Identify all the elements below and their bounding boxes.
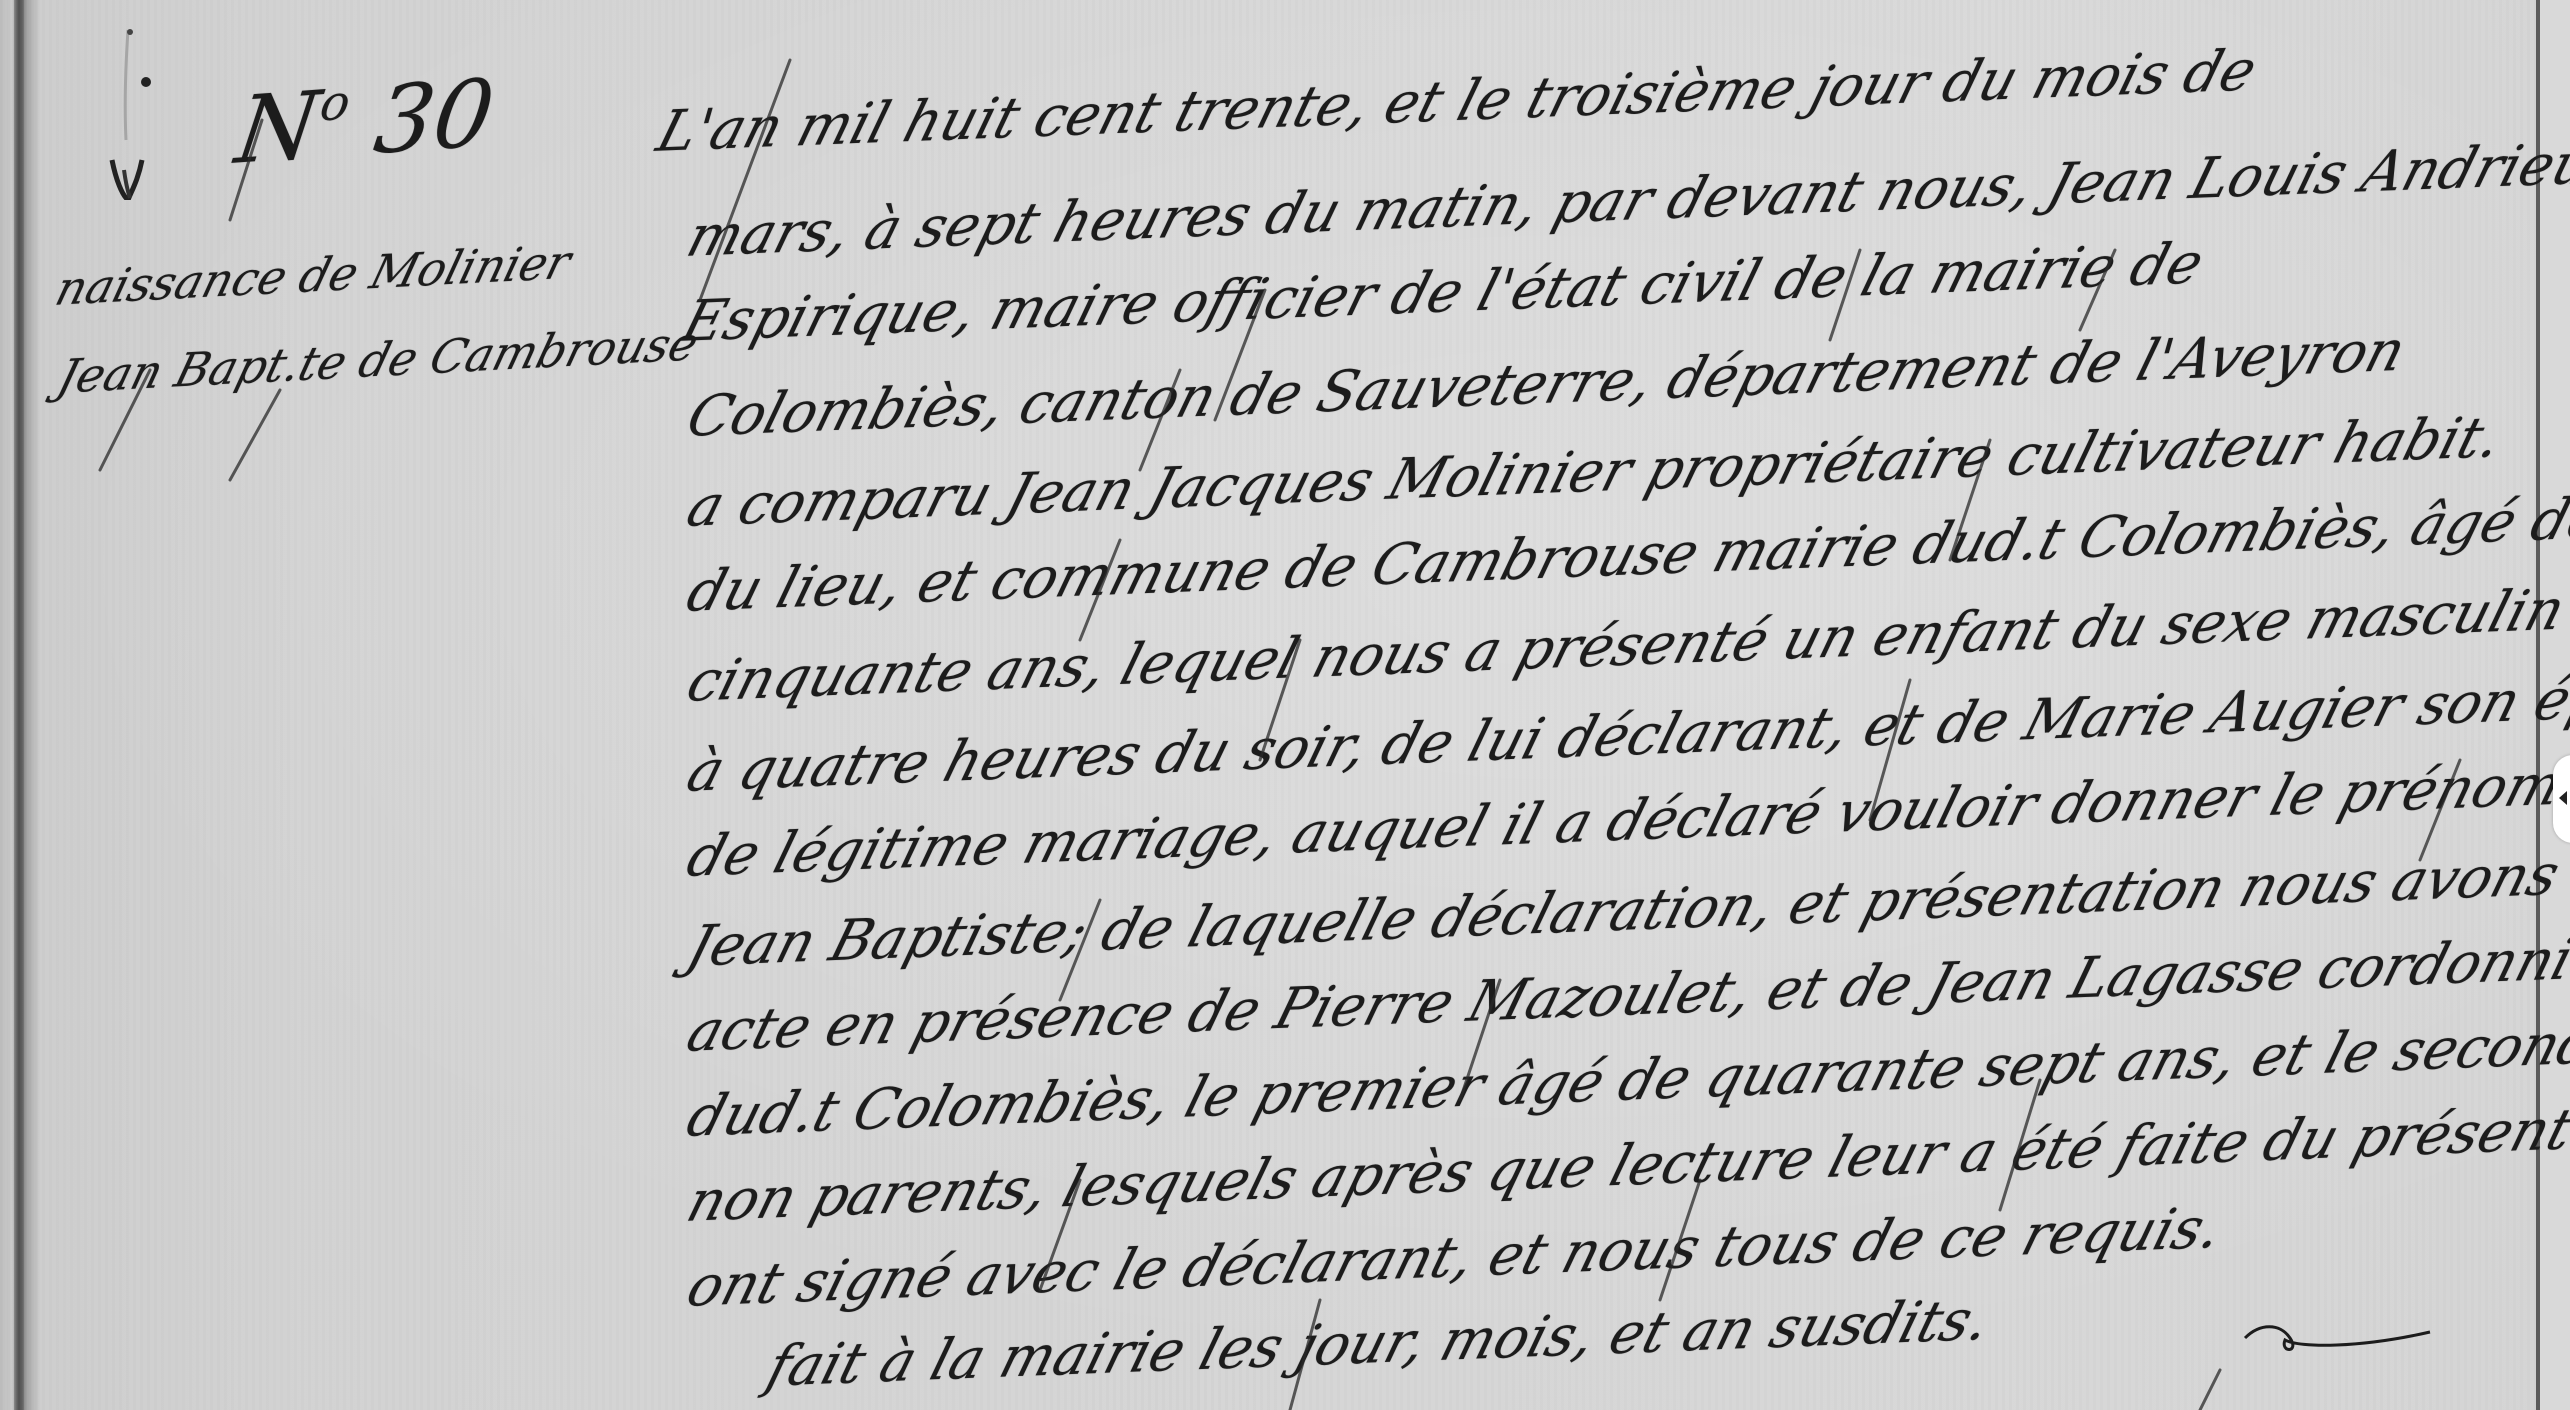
body-line: L'an mil huit cent trente, et le troisiè… [650, 38, 2264, 165]
closing-flourish-icon [2240, 1318, 2440, 1358]
next-page-handle[interactable] [2553, 755, 2570, 843]
page-binding-edge [14, 0, 24, 1410]
entry-number: No 30 [230, 59, 500, 185]
entry-number-value: 30 [368, 59, 500, 175]
ink-mark-icon [98, 20, 158, 200]
margin-caption-line-2: Jean Bapt.te de Cambrouse [52, 316, 704, 404]
chevron-left-icon [2559, 791, 2567, 805]
entry-number-prefix: N [230, 71, 326, 185]
document-viewer: No 30 naissance de Molinier Jean Bapt.te… [0, 0, 2570, 1410]
margin-caption-line-1: naissance de Molinier [50, 234, 577, 316]
